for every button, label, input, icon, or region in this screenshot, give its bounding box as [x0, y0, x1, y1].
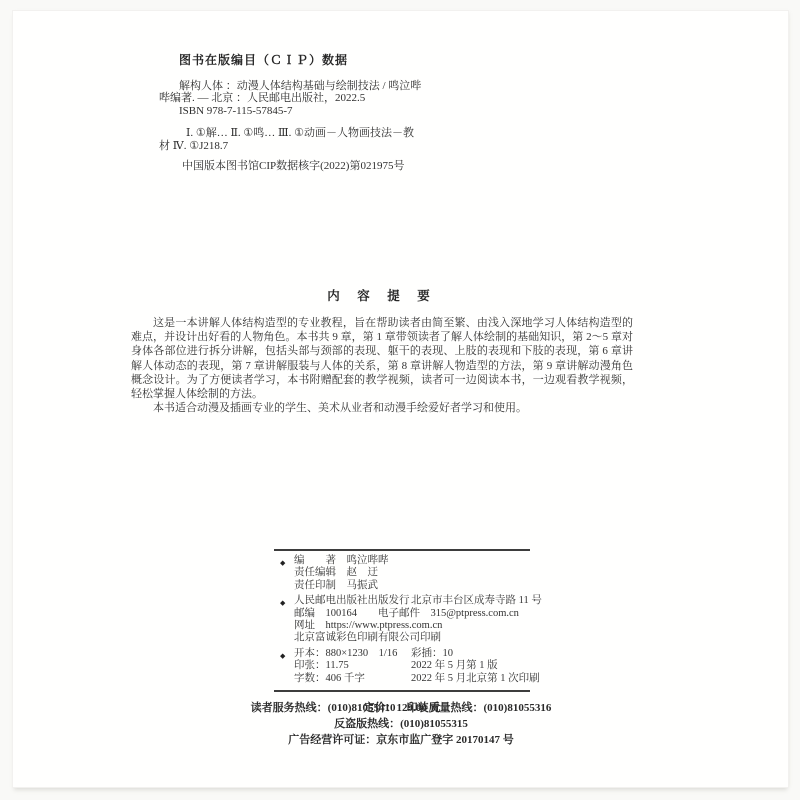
colophon-row-editor: 责任编辑 赵 迂	[274, 567, 530, 579]
colophon-row-sheets-edition: 印张：11.75 2022 年 5 月第 1 版	[274, 660, 530, 672]
cip-record: 解构人体 ：动漫人体结构基础与绘制技法 / 鸣泣哔 哔编著. — 北京 ：人民邮…	[159, 80, 459, 172]
colophon-left: 人民邮电出版社出版发行	[294, 595, 410, 606]
colophon-row-printer: 北京富诚彩色印刷有限公司印刷	[274, 632, 530, 644]
cip-line-classification: Ⅰ. ①解… Ⅱ. ①鸣… Ⅲ. ①动画－人物画技法－教	[159, 127, 459, 139]
cip-line: 哔编著. — 北京 ：人民邮电出版社，2022.5	[159, 92, 459, 104]
colophon-left: 责任印制 马振武	[294, 580, 378, 591]
book-copyright-page: 图书在版编目（ＣＩＰ）数据 解构人体 ：动漫人体结构基础与绘制技法 / 鸣泣哔 …	[12, 10, 789, 788]
cip-line-isbn: ISBN 978-7-115-57845-7	[159, 105, 459, 117]
cip-heading: 图书在版编目（ＣＩＰ）数据	[179, 51, 348, 68]
colophon-row-publisher: ◆ 人民邮电出版社出版发行 北京市丰台区成寿寺路 11 号	[274, 595, 530, 607]
colophon-row-postcode-email: 邮编 100164 电子邮件 315@ptpress.com.cn	[274, 608, 530, 620]
colophon-left: 责任编辑 赵 迂	[294, 567, 378, 578]
cip-line-classification: 材 Ⅳ. ①J218.7	[159, 140, 459, 152]
colophon-left: 网址 https://www.ptpress.com.cn	[294, 620, 442, 631]
summary-heading: 内 容 提 要	[131, 286, 633, 304]
summary-text: 这是一本讲解人体结构造型的专业教程，旨在帮助读者由简至繁、由浅入深地学习人体结构…	[131, 316, 633, 415]
colophon-right: 彩插：10	[411, 648, 453, 660]
hotlines-block: 读者服务热线：(010)81055410 印装质量热线：(010)8105531…	[111, 700, 691, 749]
colophon-left: 编 著 鸣泣哔哔	[294, 555, 389, 566]
colophon-left: 北京富诚彩色印刷有限公司印刷	[294, 632, 441, 643]
screenshot-stage: 图书在版编目（ＣＩＰ）数据 解构人体 ：动漫人体结构基础与绘制技法 / 鸣泣哔 …	[0, 0, 800, 800]
colophon-left: 邮编 100164 电子邮件 315@ptpress.com.cn	[294, 608, 519, 619]
colophon-row-print-supervisor: 责任印制 马振武	[274, 580, 530, 592]
summary-paragraph: 本书适合动漫及插画专业的学生、美术从业者和动漫手绘爱好者学习和使用。	[131, 401, 633, 415]
cip-line-registry-number: 中国版本图书馆CIP数据核字(2022)第021975号	[159, 160, 459, 172]
colophon-row-author: ◆ 编 著 鸣泣哔哔	[274, 555, 530, 567]
colophon-row-wordcount-printing: 字数：406 千字 2022 年 5 月北京第 1 次印刷	[274, 673, 530, 685]
hotline-reader-service: 读者服务热线：(010)81055410 印装质量热线：(010)8105531…	[111, 700, 691, 716]
cip-line: 解构人体 ：动漫人体结构基础与绘制技法 / 鸣泣哔	[159, 80, 459, 92]
summary-paragraph: 这是一本讲解人体结构造型的专业教程，旨在帮助读者由简至繁、由浅入深地学习人体结构…	[131, 316, 633, 401]
colophon-row-website: 网址 https://www.ptpress.com.cn	[274, 620, 530, 632]
colophon-right: 北京市丰台区成寿寺路 11 号	[411, 595, 542, 607]
colophon-right: 2022 年 5 月第 1 版	[411, 660, 498, 672]
colophon-right: 2022 年 5 月北京第 1 次印刷	[411, 673, 540, 685]
advertising-license: 广告经营许可证：京东市监广登字 20170147 号	[111, 732, 691, 748]
colophon-row-format: ◆ 开本：880×1230 1/16 彩插：10	[274, 648, 530, 660]
colophon-left: 开本：880×1230 1/16	[294, 648, 397, 659]
colophon-box: ◆ 编 著 鸣泣哔哔 责任编辑 赵 迂 责任印制 马振武 ◆ 人民邮电出版社出版…	[274, 549, 530, 692]
colophon-left: 印张：11.75	[294, 660, 349, 671]
hotline-anti-piracy: 反盗版热线：(010)81055315	[111, 716, 691, 732]
colophon-left: 字数：406 千字	[294, 673, 365, 684]
